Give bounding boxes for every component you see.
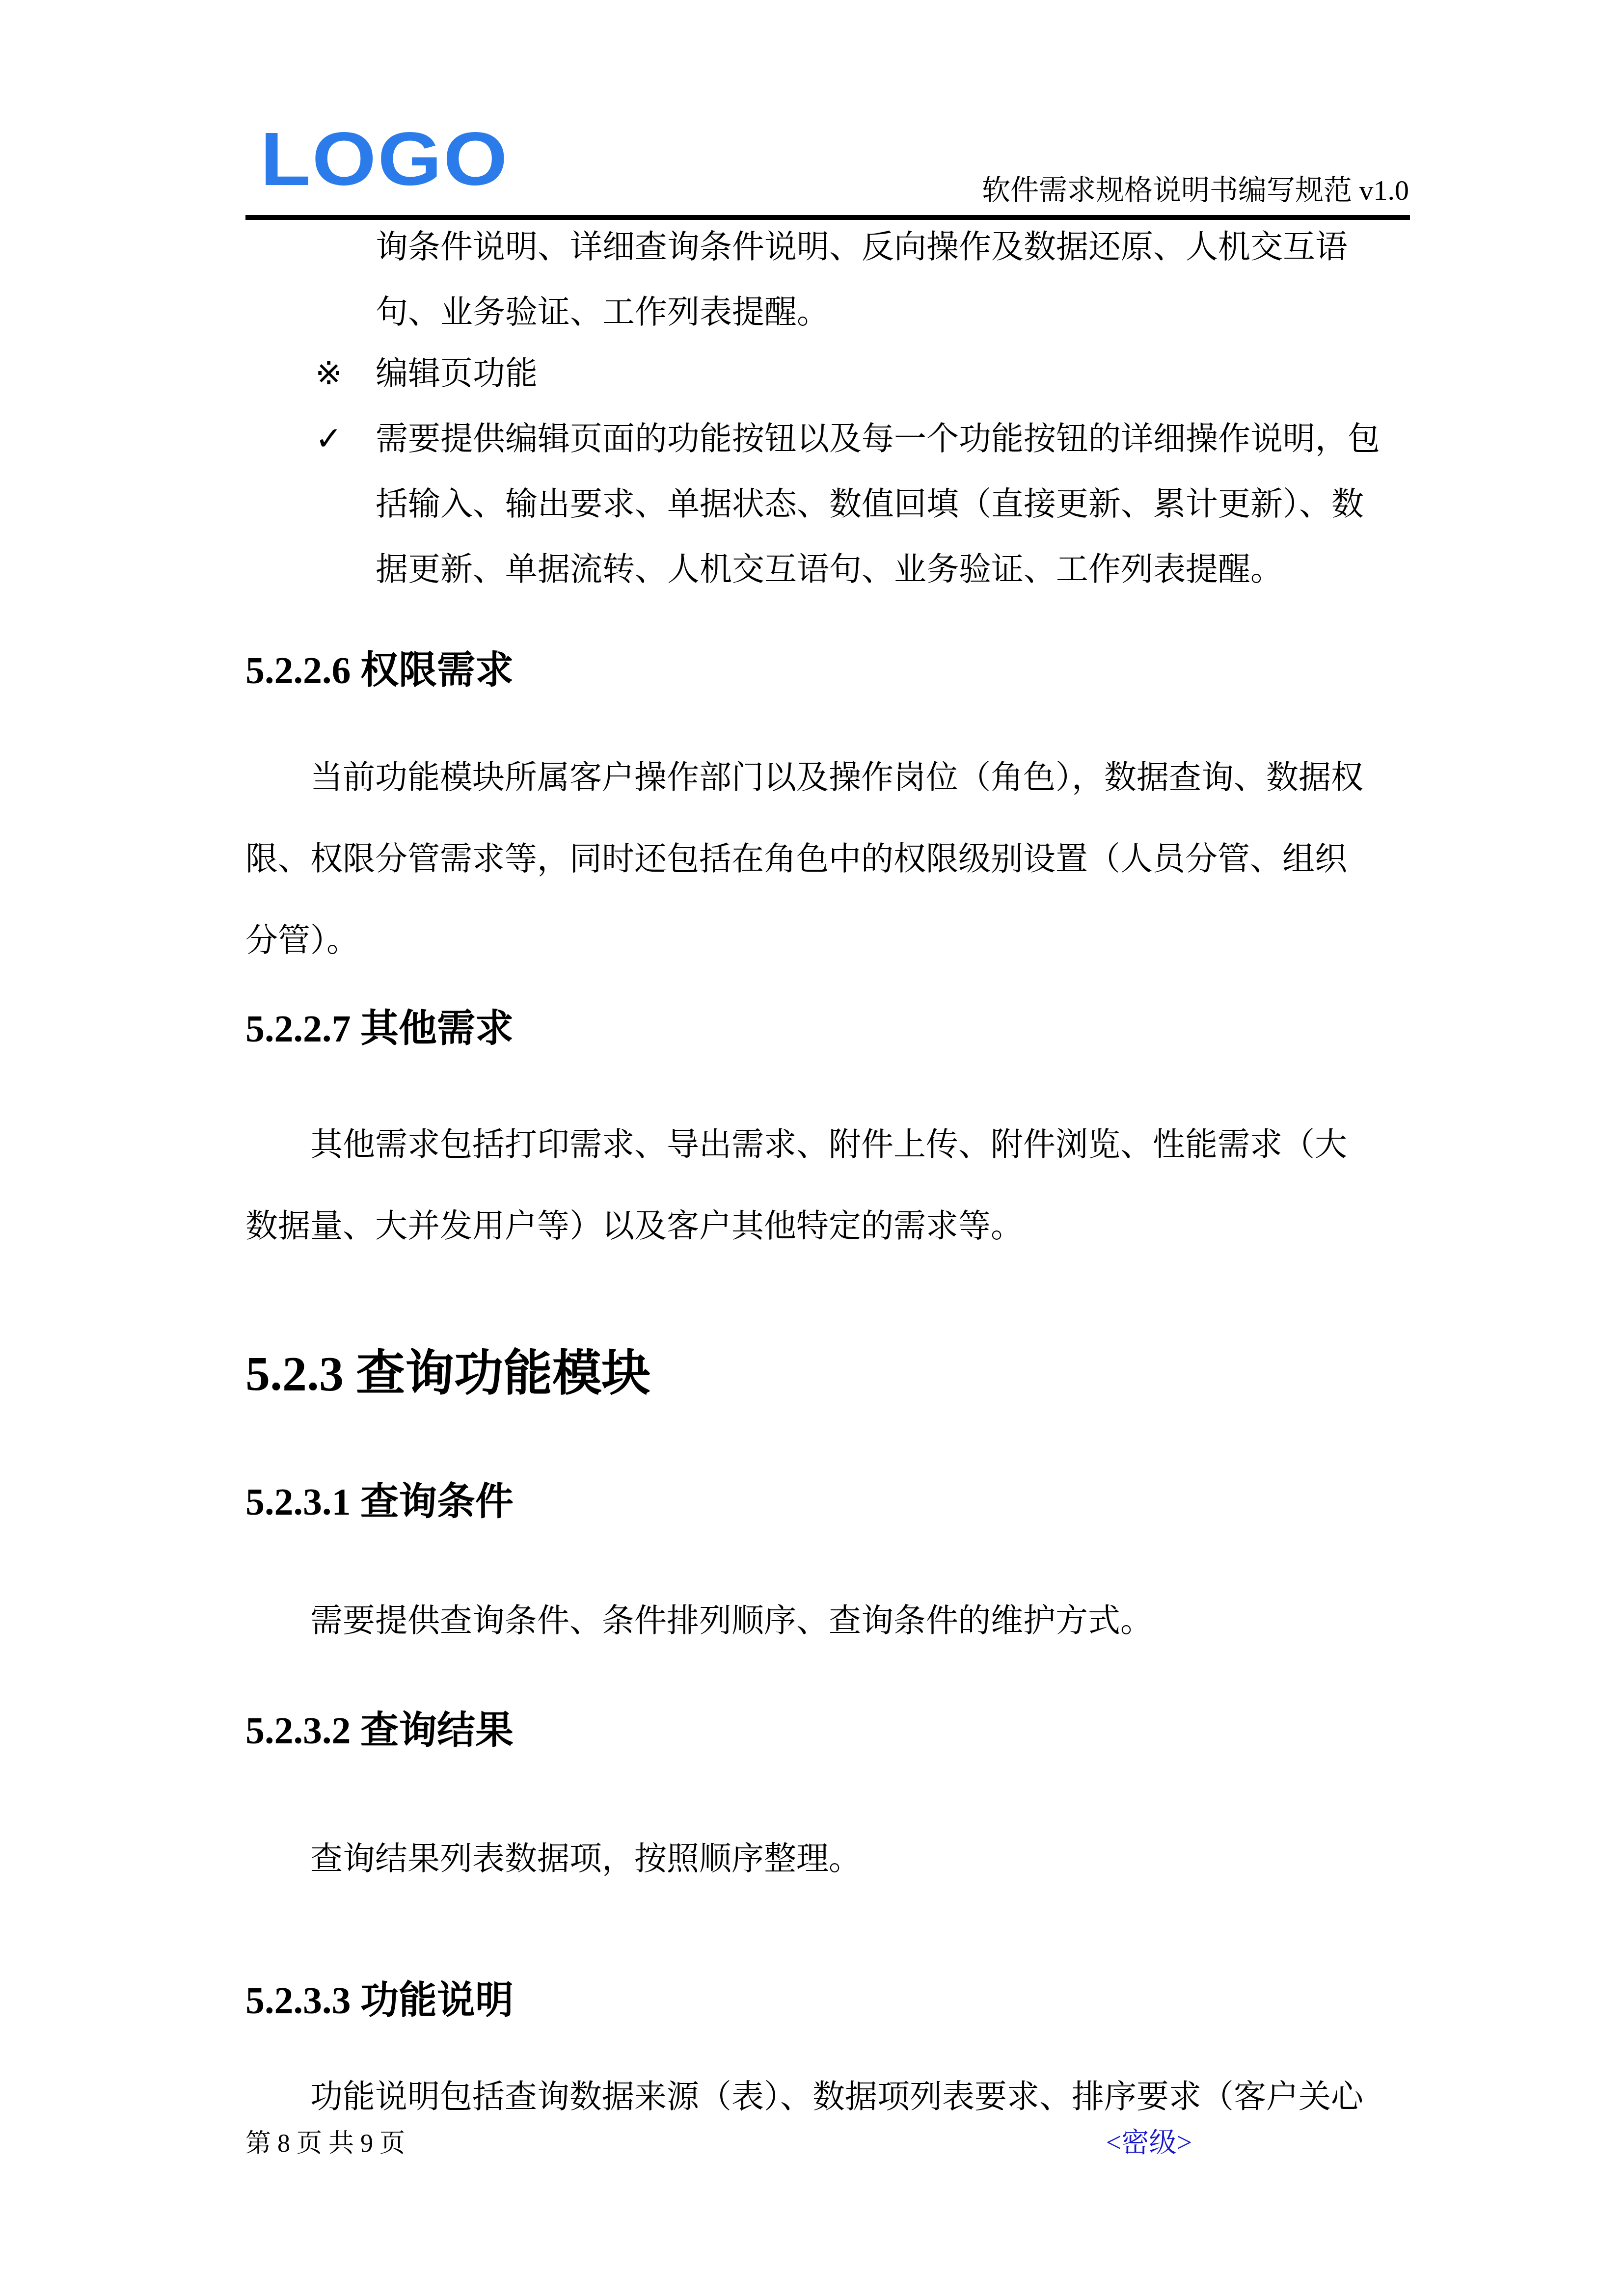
section-heading-5-2-3-2: 5.2.3.2 查询结果 (245, 1707, 514, 1754)
section-heading-5-2-2-6: 5.2.2.6 权限需求 (245, 647, 514, 694)
logo: LOGO (260, 121, 509, 197)
section-paragraph-5-2-3-2: 查询结果列表数据项，按照顺序整理。 (245, 1818, 1410, 1900)
reference-marker-icon: ※ (315, 341, 376, 406)
section-heading-5-2-3: 5.2.3 查询功能模块 (245, 1344, 650, 1404)
section-heading-5-2-2-7: 5.2.2.7 其他需求 (245, 1005, 514, 1052)
section-paragraph-5-2-3-3: 功能说明包括查询数据来源（表）、数据项列表要求、排序要求（客户关心 (245, 2056, 1410, 2138)
section-paragraph-5-2-2-6: 当前功能模块所属客户操作部门以及操作岗位（角色），数据查询、数据权 限、权限分管… (245, 737, 1410, 982)
footer-classification: <密级> (1106, 2126, 1192, 2160)
list-item-label: 编辑页功能 (376, 341, 1409, 406)
list-item-edit-page: ※ 编辑页功能 (315, 341, 1409, 406)
section-heading-5-2-3-1: 5.2.3.1 查询条件 (245, 1478, 514, 1525)
document-page: LOGO 软件需求规格说明书编写规范 v1.0 询条件说明、详细查询条件说明、反… (0, 0, 1624, 2296)
section-heading-5-2-3-3: 5.2.3.3 功能说明 (245, 1977, 514, 2024)
section-paragraph-5-2-3-1: 需要提供查询条件、条件排列顺序、查询条件的维护方式。 (245, 1580, 1410, 1662)
section-paragraph-5-2-2-7: 其他需求包括打印需求、导出需求、附件上传、附件浏览、性能需求（大 数据量、大并发… (245, 1104, 1410, 1267)
list-item-edit-buttons: ✓ 需要提供编辑页面的功能按钮以及每一个功能按钮的详细操作说明，包 括输入、输出… (315, 406, 1409, 602)
footer-page-number: 第 8 页 共 9 页 (245, 2128, 405, 2160)
continuation-paragraph: 询条件说明、详细查询条件说明、反向操作及数据还原、人机交互语 句、业务验证、工作… (376, 214, 1411, 345)
doc-title: 软件需求规格说明书编写规范 v1.0 (982, 171, 1409, 210)
list-item-text: 需要提供编辑页面的功能按钮以及每一个功能按钮的详细操作说明，包 括输入、输出要求… (376, 406, 1409, 602)
check-marker-icon: ✓ (315, 406, 376, 472)
